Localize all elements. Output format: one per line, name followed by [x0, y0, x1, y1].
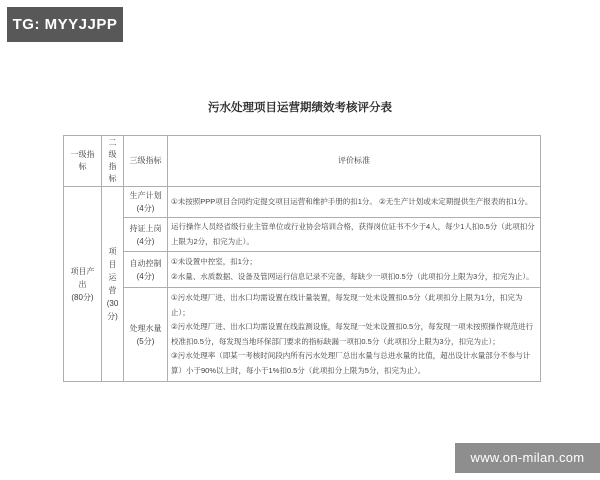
- level1-indicator-cell: 项目产出 (80分): [64, 187, 102, 382]
- column-header-level1: 一级指标: [64, 136, 102, 187]
- level2-indicator-cell: 项目运营 (30分): [102, 187, 124, 382]
- column-header-level2: 二级指标: [102, 136, 124, 187]
- level3-indicator-score: (4分): [127, 235, 164, 248]
- column-header-criteria: 评价标准: [168, 136, 541, 187]
- table-row: 持证上岗 (4分) 运行操作人员经省级行业主管单位或行业协会培训合格，获得岗位证…: [64, 218, 541, 252]
- scanned-document-page: { "watermarks": { "telegram": "TG: MYYJJ…: [0, 0, 600, 480]
- table-row: 自动控制 (4分) ①未设置中控室，扣1分； ②水量、水质数据、设备及管网运行信…: [64, 252, 541, 288]
- level3-indicator-cell: 生产计划 (4分): [124, 187, 168, 218]
- telegram-watermark-badge: TG: MYYJJPP: [7, 7, 123, 42]
- level3-indicator-name: 处理水量: [127, 322, 164, 335]
- level3-indicator-name: 自动控制: [127, 257, 164, 270]
- level3-indicator-cell: 持证上岗 (4分): [124, 218, 168, 252]
- table-row: 项目产出 (80分) 项目运营 (30分) 生产计划 (4分) ①未按照PPP项…: [64, 187, 541, 218]
- criteria-cell: 运行操作人员经省级行业主管单位或行业协会培训合格，获得岗位证书不少于4人，每少1…: [168, 218, 541, 252]
- level2-indicator-score: (30分): [105, 297, 120, 323]
- level3-indicator-name: 生产计划: [127, 189, 164, 202]
- page-title: 污水处理项目运营期绩效考核评分表: [0, 99, 600, 115]
- level3-indicator-score: (4分): [127, 202, 164, 215]
- table-header-row: 一级指标 二级指标 三级指标 评价标准: [64, 136, 541, 187]
- column-header-level3: 三级指标: [124, 136, 168, 187]
- table-row: 处理水量 (5分) ①污水处理厂进、出水口均需设置在线计量装置，每发现一处未设置…: [64, 288, 541, 382]
- level3-indicator-name: 持证上岗: [127, 222, 164, 235]
- criteria-cell: ①未按照PPP项目合同约定提交项目运营和维护手册的扣1分。 ②无生产计划或未定期…: [168, 187, 541, 218]
- level1-indicator-score: (80分): [67, 291, 98, 304]
- level3-indicator-cell: 处理水量 (5分): [124, 288, 168, 382]
- criteria-cell: ①污水处理厂进、出水口均需设置在线计量装置，每发现一处未设置扣0.5分（此项扣分…: [168, 288, 541, 382]
- website-watermark-badge: www.on-milan.com: [455, 443, 600, 473]
- level3-indicator-score: (4分): [127, 270, 164, 283]
- criteria-cell: ①未设置中控室，扣1分； ②水量、水质数据、设备及管网运行信息记录不完备，每缺少…: [168, 252, 541, 288]
- level3-indicator-score: (5分): [127, 335, 164, 348]
- level3-indicator-cell: 自动控制 (4分): [124, 252, 168, 288]
- assessment-score-table: 一级指标 二级指标 三级指标 评价标准 项目产出 (80分) 项目运营 (30分…: [63, 135, 541, 382]
- level2-indicator-name: 项目运营: [105, 245, 120, 297]
- level1-indicator-name: 项目产出: [67, 265, 98, 291]
